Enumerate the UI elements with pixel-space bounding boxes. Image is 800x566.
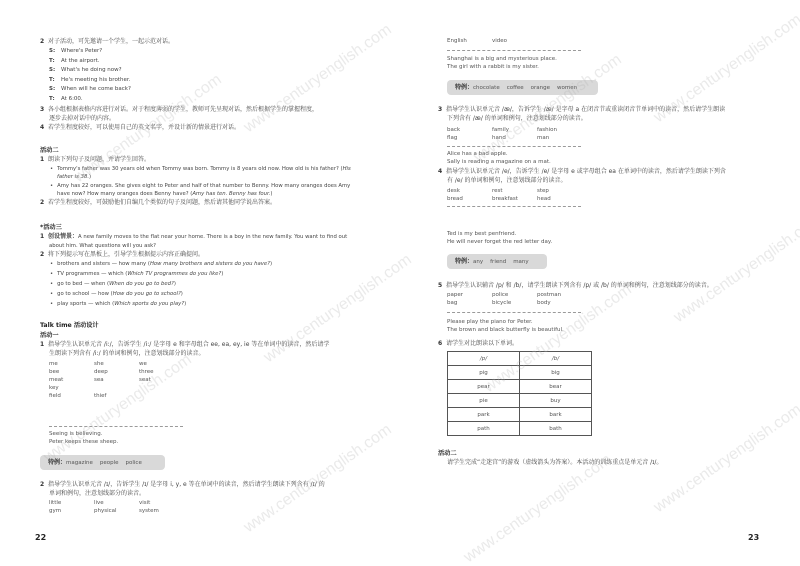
- dialogue-line: S:What's he doing now?: [49, 66, 122, 74]
- item-text: 若学生程度较好，可鼓励他们自编几个类似的句子及问题，然后请其他同学说出答案。: [48, 199, 276, 206]
- word: seat: [139, 376, 184, 384]
- word: system: [139, 507, 184, 515]
- table-cell: pie: [448, 394, 520, 408]
- sentence: The brown and black butterfly is beautif…: [447, 326, 564, 334]
- bullet-item: go to bed — when (When do you go to bed?…: [50, 280, 176, 288]
- item-text: 指导学生认识单元音 /e/，告诉学生 /e/ 是字母 e 或字母组合 ea 在单…: [446, 168, 726, 175]
- table-header: /p/: [448, 352, 520, 366]
- section-heading: 活动二: [40, 147, 59, 155]
- table-row: piebuy: [448, 394, 592, 408]
- word: physical: [94, 507, 139, 515]
- table-header: /b/: [520, 352, 592, 366]
- item-text: 指导学生认识辅音 /p/ 和 /b/，请学生朗读下列含有 /p/ 或 /b/ 的…: [446, 282, 713, 289]
- item-text-cont: 生朗读下列含有 /i:/ 的单词和例句，注意划线部分的读音。: [49, 350, 205, 358]
- word: back: [447, 126, 492, 134]
- answer-text: His: [343, 166, 351, 172]
- dialogue-text: Where's Peter?: [61, 48, 102, 54]
- dialogue-text: At 6:00.: [61, 96, 83, 102]
- word-row: meatseaseat: [49, 376, 184, 384]
- speaker: S:: [49, 85, 61, 93]
- word: gym: [49, 507, 94, 515]
- word: postman: [537, 291, 582, 299]
- answer-text: father is 38.: [57, 174, 89, 180]
- bullet-text: go to bed — when (: [57, 281, 109, 287]
- word-list: backfamilyfashionflaghandman: [447, 126, 582, 142]
- word-row: gymphysicalsystem: [49, 507, 184, 515]
- special-case-box: 特例：any friend many: [447, 254, 547, 269]
- bullet-text: TV programmes — which (: [57, 271, 127, 277]
- word: thief: [94, 392, 139, 400]
- word-row: littlelivevisit: [49, 499, 184, 507]
- bullet-text: have now? How many oranges does Benny ha…: [57, 191, 192, 197]
- dialogue-text: He's meeting his brother.: [61, 77, 130, 83]
- comparison-table: /p//b/ pigbigpearbearpiebuyparkbarkpathb…: [447, 351, 592, 436]
- word-row: key: [49, 384, 184, 392]
- word: live: [94, 499, 139, 507]
- activity-text: 请学生完成“走迷宫”的游戏（虚线箭头为答案）。本活动的训练重点是单元音 /ɪ/。: [447, 459, 662, 467]
- dialogue-line: S:Where's Peter?: [49, 47, 102, 55]
- item-text: 指导学生认识单元音 /i:/，告诉学生 /i:/ 是字母 e 和字母组合 ee,…: [48, 341, 329, 348]
- answer-text: Which TV programmes do you like?: [127, 271, 221, 277]
- word: police: [492, 291, 537, 299]
- page-number: 23: [748, 533, 759, 542]
- word-list: littlelivevisitgymphysicalsystem: [49, 499, 184, 515]
- word-row: backfamilyfashion: [447, 126, 582, 134]
- sentence: Sally is reading a magazine on a mat.: [447, 158, 551, 166]
- special-label: 特例：: [455, 84, 473, 91]
- dialogue-line: T:At 6:00.: [49, 95, 83, 103]
- dialogue-text: What's he doing now?: [61, 67, 122, 73]
- item-3: 3 各小组根据表格内容进行对话。对于程度薄弱的学生，教师可先呈现对话，然后根据学…: [40, 106, 318, 114]
- sub-heading: 活动一: [40, 332, 59, 340]
- word-row: meshewe: [49, 360, 184, 368]
- divider: [447, 50, 581, 51]
- word: body: [537, 299, 582, 307]
- table-row: pigbig: [448, 366, 592, 380]
- divider: [447, 206, 581, 207]
- bullet-item: TV programmes — which (Which TV programm…: [50, 270, 223, 278]
- word: she: [94, 360, 139, 368]
- item-3: 3 指导学生认识单元音 /æ/，告诉学生 /æ/ 是字母 a 在闭音节或重读闭音…: [438, 106, 725, 114]
- word-row: Englishvideo: [447, 37, 537, 45]
- speaker: T:: [49, 95, 61, 103]
- sentence: The girl with a rabbit is my sister.: [447, 63, 557, 71]
- sentence: Seeing is believing.: [49, 430, 118, 438]
- bullet-item: go to school — how (How do you go to sch…: [50, 290, 183, 298]
- example-sentences: Seeing is believing.Peter keeps these sh…: [49, 430, 118, 446]
- activity3-item-1: 1 创设情景：A new family moves to the flat ne…: [40, 233, 347, 241]
- activity2-item-1: 1 朗读下列句子及问题，并请学生回答。: [40, 156, 150, 164]
- item-6: 6 请学生对比朗读以下单词。: [438, 340, 518, 348]
- table-cell: buy: [520, 394, 592, 408]
- activity3-item-2: 2 将下列提示写在黑板上，引导学生根据提示内容正确提问。: [40, 251, 204, 259]
- answer-text: How do you go to school?: [113, 291, 181, 297]
- item-text: 对子活动，可先邀请一个学生，一起示范对话。: [48, 38, 174, 45]
- special-case-box: 特例：magazine people police: [40, 455, 165, 470]
- answer-text: How many brothers and sisters do you hav…: [150, 261, 270, 267]
- word: three: [139, 368, 184, 376]
- item-number: 4: [40, 124, 44, 131]
- item-number: 3: [40, 106, 44, 113]
- bullet-text: play sports — which (: [57, 301, 114, 307]
- activity2-item-2: 2 若学生程度较好，可鼓励他们自编几个类似的句子及问题，然后请其他同学说出答案。: [40, 199, 276, 207]
- talk-item-2: 2 指导学生认识单元音 /ɪ/，告诉学生 /ɪ/ 是字母 i, y, e 等在单…: [40, 481, 325, 489]
- bullet-item-cont: have now? How many oranges does Benny ha…: [57, 190, 272, 198]
- item-text-cont: 有 /e/ 的单词和例句，注意划线部分的读音。: [447, 177, 567, 185]
- special-label: 特例：: [48, 459, 66, 466]
- bullet-item-cont: father is 38.): [57, 173, 91, 181]
- divider: [447, 312, 581, 313]
- word: English: [447, 37, 492, 45]
- example-sentences: Alice has a bad apple.Sally is reading a…: [447, 150, 551, 166]
- word-row: flaghandman: [447, 134, 582, 142]
- table-cell: bear: [520, 380, 592, 394]
- section-heading: *活动三: [40, 224, 62, 232]
- paren: ): [89, 174, 91, 180]
- sentence: He will never forget the red letter day.: [447, 238, 552, 246]
- left-page: 2 对子活动，可先邀请一个学生，一起示范对话。 S:Where's Peter?…: [0, 0, 400, 566]
- bullet-text: brothers and sisters — how many (: [57, 261, 150, 267]
- word: bag: [447, 299, 492, 307]
- word: breakfast: [492, 195, 537, 203]
- special-label: 特例：: [455, 258, 473, 265]
- item-text: 将下列提示写在黑板上，引导学生根据提示内容正确提问。: [48, 251, 204, 258]
- paren: ): [181, 291, 183, 297]
- item-number: 5: [438, 282, 442, 289]
- divider: [49, 426, 183, 427]
- word-row: paperpolicepostman: [447, 291, 582, 299]
- paren: ): [174, 281, 176, 287]
- word: visit: [139, 499, 184, 507]
- table-row: pearbear: [448, 380, 592, 394]
- word: fashion: [537, 126, 582, 134]
- table-cell: pig: [448, 366, 520, 380]
- item-number: 4: [438, 168, 442, 175]
- item-number: 1: [40, 341, 44, 348]
- word: family: [492, 126, 537, 134]
- right-page: Englishvideo Shanghai is a big and myste…: [400, 0, 800, 566]
- word: bee: [49, 368, 94, 376]
- word: me: [49, 360, 94, 368]
- bullet-text: go to school — how (: [57, 291, 113, 297]
- answer-text: Which sports do you play?: [114, 301, 184, 307]
- dialogue-line: T:He's meeting his brother.: [49, 76, 130, 84]
- special-words: any friend many: [473, 259, 529, 265]
- item-text-cont: 下列含有 /æ/ 的单词和例句，注意划线部分的读音。: [447, 115, 587, 123]
- bullet-item: Tommy's father was 30 years old when Tom…: [50, 165, 351, 173]
- dialogue-line: S:When will he come back?: [49, 85, 131, 93]
- word-row: fieldthief: [49, 392, 184, 400]
- table-row: parkbark: [448, 408, 592, 422]
- word: video: [492, 37, 537, 45]
- item-text: A new family moves to the flat near your…: [78, 234, 347, 240]
- sentence: Ted is my best penfriend.: [447, 230, 552, 238]
- item-number: 2: [40, 481, 44, 488]
- special-words: chocolate coffee orange women: [473, 85, 577, 91]
- item-number: 1: [40, 156, 44, 163]
- item-number: 6: [438, 340, 442, 347]
- word-list: paperpolicepostmanbagbicyclebody: [447, 291, 582, 307]
- item-text: 朗读下列句子及问题，并请学生回答。: [48, 156, 150, 163]
- example-sentences: Ted is my best penfriend.He will never f…: [447, 230, 552, 246]
- paren: ): [270, 191, 272, 197]
- special-words: magazine people police: [66, 460, 142, 466]
- bullet-text: Tommy's father was 30 years old when Tom…: [57, 166, 342, 172]
- word-list: meshewebeedeepthreemeatseaseatkeyfieldth…: [49, 360, 184, 400]
- paren: ): [270, 261, 272, 267]
- sentence: Peter keeps these sheep.: [49, 438, 118, 446]
- item-4: 4 若学生程度较好，可以使用自己的英文名字，并设计新的情景进行对话。: [40, 124, 240, 132]
- bullet-item: brothers and sisters — how many (How man…: [50, 260, 272, 268]
- dialogue-text: At the airport.: [61, 58, 100, 64]
- bullet-text: Amy has 22 oranges. She gives eight to P…: [57, 183, 350, 189]
- word: rest: [492, 187, 537, 195]
- word: step: [537, 187, 582, 195]
- item-text: 各小组根据表格内容进行对话。对于程度薄弱的学生，教师可先呈现对话，然后根据学生的…: [48, 106, 318, 113]
- item-number: 2: [40, 38, 44, 45]
- speaker: T:: [49, 57, 61, 65]
- word: deep: [94, 368, 139, 376]
- paren: ): [184, 301, 186, 307]
- word: paper: [447, 291, 492, 299]
- speaker: S:: [49, 47, 61, 55]
- divider: [447, 146, 581, 147]
- table-cell: bark: [520, 408, 592, 422]
- table-cell: bath: [520, 422, 592, 436]
- word: bicycle: [492, 299, 537, 307]
- sentence: Please play the piano for Peter.: [447, 318, 564, 326]
- item-number: 2: [40, 251, 44, 258]
- table-row: pathbath: [448, 422, 592, 436]
- item-text-cont: 单词和例句，注意划线部分的读音。: [49, 490, 145, 498]
- dialogue-line: T:At the airport.: [49, 57, 100, 65]
- section-heading: Talk time 活动设计: [40, 322, 99, 330]
- dialogue-text: When will he come back?: [61, 86, 131, 92]
- word: man: [537, 134, 582, 142]
- table-cell: pear: [448, 380, 520, 394]
- item-4: 4 指导学生认识单元音 /e/，告诉学生 /e/ 是字母 e 或字母组合 ea …: [438, 168, 726, 176]
- word: flag: [447, 134, 492, 142]
- word: head: [537, 195, 582, 203]
- word: bread: [447, 195, 492, 203]
- word: hand: [492, 134, 537, 142]
- speaker: S:: [49, 66, 61, 74]
- item-text: 指导学生认识单元音 /æ/，告诉学生 /æ/ 是字母 a 在闭音节或重读闭音节单…: [446, 106, 725, 113]
- item-text: 指导学生认识单元音 /ɪ/，告诉学生 /ɪ/ 是字母 i, y, e 等在单词中…: [48, 481, 325, 488]
- item-number: 2: [40, 199, 44, 206]
- answer-text: When do you go to bed?: [109, 281, 174, 287]
- answer-text: Amy has ten. Benny has four.: [192, 191, 270, 197]
- table-cell: path: [448, 422, 520, 436]
- word-row: breadbreakfasthead: [447, 195, 582, 203]
- talk-item-1: 1 指导学生认识单元音 /i:/，告诉学生 /i:/ 是字母 e 和字母组合 e…: [40, 341, 329, 349]
- item-text: 若学生程度较好，可以使用自己的英文名字，并设计新的情景进行对话。: [48, 124, 240, 131]
- item-2: 2 对子活动，可先邀请一个学生，一起示范对话。: [40, 38, 174, 46]
- bullet-item: play sports — which (Which sports do you…: [50, 300, 186, 308]
- sentence: Alice has a bad apple.: [447, 150, 551, 158]
- item-label: 创设情景：: [48, 233, 78, 240]
- word: meat: [49, 376, 94, 384]
- item-text: 请学生对比朗读以下单词。: [446, 340, 518, 347]
- item-number: 3: [438, 106, 442, 113]
- word: we: [139, 360, 184, 368]
- word: little: [49, 499, 94, 507]
- page-number: 22: [35, 533, 46, 542]
- special-case-box: 特例：chocolate coffee orange women: [447, 80, 598, 95]
- word-row: bagbicyclebody: [447, 299, 582, 307]
- item-number: 1: [40, 233, 44, 240]
- item-5: 5 指导学生认识辅音 /p/ 和 /b/，请学生朗读下列含有 /p/ 或 /b/…: [438, 282, 713, 290]
- item-text-cont: 逐步去掉对话中的内容。: [49, 115, 115, 123]
- item-text-cont: about him. What questions will you ask?: [49, 242, 156, 250]
- word-list: Englishvideo: [447, 37, 537, 45]
- section-heading: 活动二: [438, 450, 457, 458]
- word-row: deskreststep: [447, 187, 582, 195]
- word-list: deskreststepbreadbreakfasthead: [447, 187, 582, 203]
- word-row: beedeepthree: [49, 368, 184, 376]
- example-sentences: Please play the piano for Peter.The brow…: [447, 318, 564, 334]
- word: sea: [94, 376, 139, 384]
- example-sentences: Shanghai is a big and mysterious place.T…: [447, 55, 557, 71]
- sentence: Shanghai is a big and mysterious place.: [447, 55, 557, 63]
- table-cell: park: [448, 408, 520, 422]
- bullet-item: Amy has 22 oranges. She gives eight to P…: [50, 182, 350, 190]
- word: field: [49, 392, 94, 400]
- word: key: [49, 384, 94, 392]
- word: desk: [447, 187, 492, 195]
- table-cell: big: [520, 366, 592, 380]
- speaker: T:: [49, 76, 61, 84]
- paren: ): [221, 271, 223, 277]
